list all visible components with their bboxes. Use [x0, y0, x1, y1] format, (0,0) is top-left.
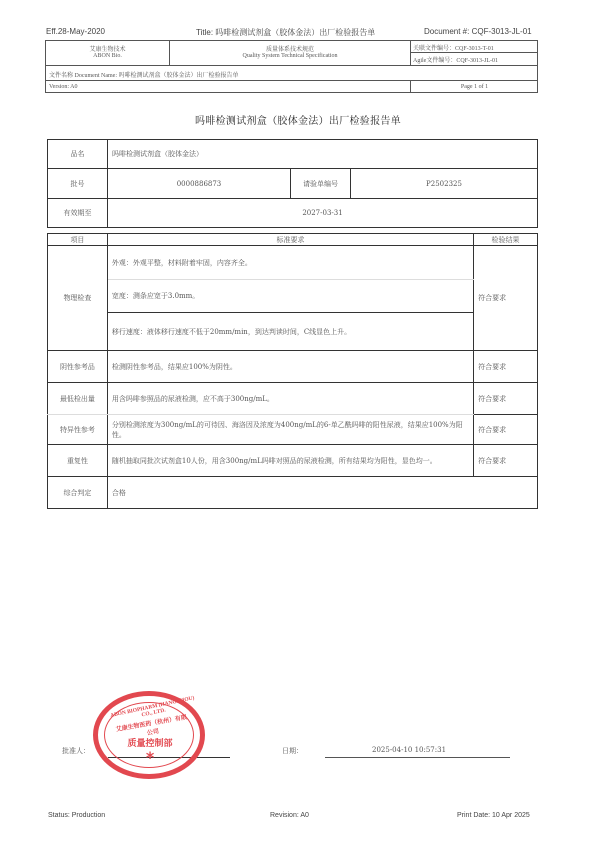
system-cell: 质量体系技术规范 Quality System Technical Specif… [170, 41, 411, 65]
header-title: Title: 吗啡检测试剂盒（胶体金法）出厂检验报告单 [196, 27, 375, 38]
product-label: 品名 [48, 140, 108, 169]
report-title: 吗啡检测试剂盒（胶体金法）出厂检验报告单 [0, 112, 596, 127]
company-cell: 艾康生物技术 ABON Bio. [46, 41, 170, 65]
item-detection-limit: 最低检出量 [48, 383, 108, 415]
result-physical: 符合要求 [474, 246, 538, 351]
system-en: Quality System Technical Specification [170, 53, 410, 59]
header-item: 项目 [48, 234, 108, 246]
footer-revision: Revision: A0 [270, 812, 309, 819]
footer-print-date: Print Date: 10 Apr 2025 [457, 812, 530, 819]
approver-label: 批准人： [62, 746, 90, 756]
table-row: 综合判定 合格 [48, 477, 538, 509]
effective-date: Eff.28-May-2020 [46, 27, 105, 36]
document-number: Document #: CQF-3013-JL-01 [424, 27, 532, 36]
requirement-negative: 检测阴性参考品，结果应100%为阴性。 [107, 351, 473, 383]
table-row: 移行速度：液体移行速度不低于20mm/min，到达判读时间，C线显色上升。 [48, 313, 538, 351]
requirement-appearance: 外观：外观平整，材料附着牢固，内容齐全。 [107, 246, 473, 280]
item-specificity: 特异性参考 [48, 415, 108, 445]
batch-label: 批号 [48, 169, 108, 199]
system-cn: 质量体系技术规范 [170, 44, 410, 53]
item-negative: 阴性参考品 [48, 351, 108, 383]
date-value: 2025-04-10 10:57:31 [372, 746, 446, 754]
table-row: 重复性 随机抽取同批次试剂盒10人份，用含300ng/mL吗啡对照品的尿液检测，… [48, 445, 538, 477]
result-negative: 符合要求 [474, 351, 538, 383]
version: Version: A0 [46, 80, 411, 93]
header-requirement: 标准要求 [107, 234, 473, 246]
request-label: 请验单编号 [291, 169, 351, 199]
result-repeatability: 符合要求 [474, 445, 538, 477]
company-seal: ABON BIOPHARM (HANGZHOU) CO., LTD. 艾康生物医… [93, 691, 205, 779]
requirement-specificity: 分别检测浓度为300ng/mL的可待因、海洛因及浓度为400ng/mL的6-单乙… [107, 415, 473, 445]
table-row: 特异性参考 分别检测浓度为300ng/mL的可待因、海洛因及浓度为400ng/m… [48, 415, 538, 445]
requirement-repeatability: 随机抽取同批次试剂盒10人份，用含300ng/mL吗啡对照品的尿液检测，所有结果… [107, 445, 473, 477]
company-cn: 艾康生物技术 [46, 44, 169, 53]
item-physical: 物理检查 [48, 246, 108, 351]
footer-status: Status: Production [48, 812, 105, 819]
date-line [325, 757, 510, 758]
conclusion-value: 合格 [107, 477, 537, 509]
item-conclusion: 综合判定 [48, 477, 108, 509]
requirement-width: 宽度：测条应宽于3.0mm。 [107, 280, 473, 313]
document-name: 文件名称 Document Name: 吗啡检测试剂盒（胶体金法）出厂检验报告单 [46, 65, 538, 80]
product-value: 吗啡检测试剂盒（胶体金法） [108, 140, 538, 169]
table-row: 宽度：测条应宽于3.0mm。 [48, 280, 538, 313]
batch-value: 0000886873 [108, 169, 291, 199]
requirement-migration: 移行速度：液体移行速度不低于20mm/min，到达判读时间，C线显色上升。 [107, 313, 473, 351]
result-detection-limit: 符合要求 [474, 383, 538, 415]
company-en: ABON Bio. [46, 53, 169, 59]
ref-doc: 关联文件编号：CQF-3013-T-01 [411, 41, 538, 53]
expiry-value: 2027-03-31 [108, 199, 538, 228]
result-specificity: 符合要求 [474, 415, 538, 445]
inspection-table: 项目 标准要求 检验结果 物理检查 外观：外观平整，材料附着牢固，内容齐全。 符… [47, 233, 538, 509]
table-row: 阴性参考品 检测阴性参考品，结果应100%为阴性。 符合要求 [48, 351, 538, 383]
agile-number: Agile文件编号：CQF-3013-JL-01 [411, 53, 538, 65]
page-indicator: Page 1 of 1 [411, 80, 538, 93]
seal-star-icon: * [142, 748, 158, 767]
item-repeatability: 重复性 [48, 445, 108, 477]
requirement-detection-limit: 用含吗啡参照品的尿液检测，应不高于300ng/mL。 [107, 383, 473, 415]
expiry-label: 有效期至 [48, 199, 108, 228]
table-row: 物理检查 外观：外观平整，材料附着牢固，内容齐全。 符合要求 [48, 246, 538, 280]
info-table: 品名 吗啡检测试剂盒（胶体金法） 批号 0000886873 请验单编号 P25… [47, 139, 538, 228]
request-value: P2502325 [351, 169, 538, 199]
date-label: 日期： [282, 746, 303, 756]
header-result: 检验结果 [474, 234, 538, 246]
table-row: 最低检出量 用含吗啡参照品的尿液检测，应不高于300ng/mL。 符合要求 [48, 383, 538, 415]
document-header-box: 艾康生物技术 ABON Bio. 质量体系技术规范 Quality System… [45, 40, 538, 93]
